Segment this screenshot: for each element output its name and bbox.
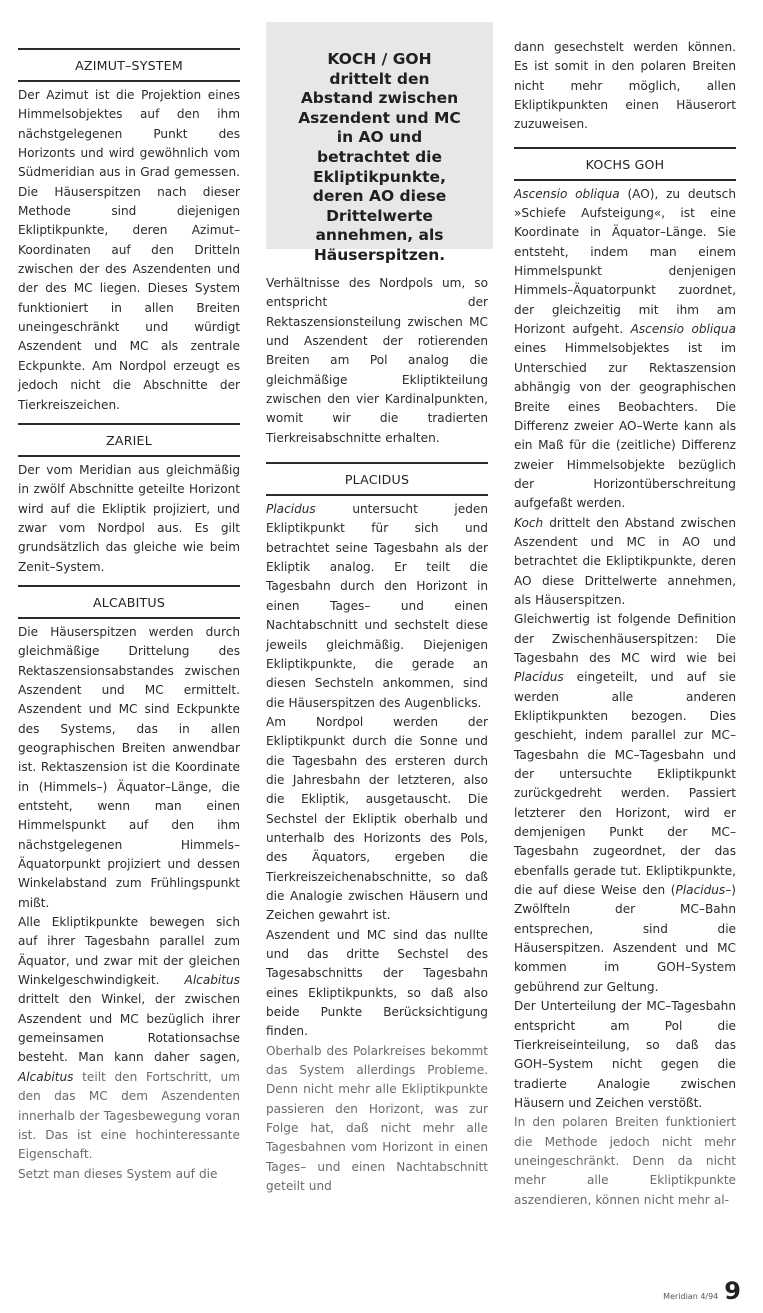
section-heading-kochs-goh: KOCHS GOH — [514, 149, 736, 179]
paragraph: Die Häuserspitzen werden durch gleichmäß… — [18, 623, 240, 913]
text-run: drittelt den Abstand zwischen Aszendent … — [514, 516, 736, 607]
section-heading-zariel: ZARIEL — [18, 425, 240, 455]
paragraph: Placidus untersucht jeden Ekliptikpunkt … — [266, 500, 488, 713]
paragraph: Der Azimut ist die Projektion eines Himm… — [18, 86, 240, 415]
paragraph: Ascensio obliqua (AO), zu deutsch »Schie… — [514, 185, 736, 514]
text-run: Gleichwertig ist folgende Definition der… — [514, 612, 736, 665]
italic-term: Placidus — [266, 502, 316, 516]
section-heading-placidus: PLACIDUS — [266, 464, 488, 494]
magazine-issue: Meridian 4/94 — [663, 1292, 718, 1301]
paragraph: dann gesechstelt werden können. Es ist s… — [514, 38, 736, 135]
column-left: AZIMUT–SYSTEM Der Azimut ist die Projekt… — [18, 48, 240, 1192]
pull-quote-line: KOCH / GOH — [266, 50, 493, 70]
pull-quote-box: KOCH / GOH drittelt den Abstand zwischen… — [266, 22, 493, 249]
pull-quote-line: Abstand zwischen — [266, 89, 493, 109]
pull-quote-line: Drittelwerte — [266, 207, 493, 227]
column-middle: Verhältnisse des Nordpols um, so entspri… — [266, 274, 488, 1204]
italic-term: Placidus — [514, 670, 564, 684]
italic-term: Placidus– — [676, 883, 732, 897]
paragraph: Alle Ekliptikpunkte bewegen sich auf ihr… — [18, 913, 240, 1164]
text-run: ) Zwölfteln der MC–Bahn entsprechen, sin… — [514, 883, 736, 994]
paragraph: Am Nordpol werden der Ekliptikpunkt durc… — [266, 713, 488, 926]
text-run: untersucht jeden Ekliptikpunkt für sich … — [266, 502, 488, 709]
paragraph: Oberhalb des Polarkreises bekommt das Sy… — [266, 1042, 488, 1197]
page-number: 9 — [724, 1277, 741, 1305]
pull-quote-line: Ekliptikpunkte, — [266, 168, 493, 188]
italic-term: Koch — [514, 516, 543, 530]
section-heading-alcabitus: ALCABITUS — [18, 587, 240, 617]
paragraph: Verhältnisse des Nordpols um, so entspri… — [266, 274, 488, 448]
pull-quote-line: betrachtet die — [266, 148, 493, 168]
italic-term: Alcabitus — [18, 1070, 73, 1084]
text-run: eingeteilt, und auf sie werden alle ande… — [514, 670, 736, 897]
pull-quote-line: Häuserspitzen. — [266, 246, 493, 266]
pull-quote-line: in AO und — [266, 128, 493, 148]
column-right: dann gesechstelt werden können. Es ist s… — [514, 38, 736, 1218]
pull-quote-line: Aszendent und MC — [266, 109, 493, 129]
pull-quote-line: annehmen, als — [266, 226, 493, 246]
italic-term: Alcabitus — [185, 973, 240, 987]
paragraph: Aszendent und MC sind das nullte und das… — [266, 926, 488, 1042]
text-run: eines Himmelsobjektes ist im Unterschied… — [514, 341, 736, 510]
italic-term: Ascensio obliqua — [514, 187, 620, 201]
paragraph: In den polaren Breiten funktioniert die … — [514, 1113, 736, 1210]
page-footer: Meridian 4/94 9 — [663, 1277, 741, 1305]
paragraph: Gleichwertig ist folgende Definition der… — [514, 610, 736, 997]
pull-quote-line: deren AO diese — [266, 187, 493, 207]
section-heading-azimut: AZIMUT–SYSTEM — [18, 50, 240, 80]
text-run: drittelt den Winkel, der zwischen Aszend… — [18, 992, 240, 1064]
italic-term: Ascensio obliqua — [631, 322, 736, 336]
paragraph: Setzt man dieses System auf die — [18, 1165, 240, 1184]
pull-quote-line: drittelt den — [266, 70, 493, 90]
paragraph: Der Unterteilung der MC–Tagesbahn entspr… — [514, 997, 736, 1113]
text-run: (AO), zu deutsch »Schiefe Aufsteigung«, … — [514, 187, 736, 336]
paragraph: Koch drittelt den Abstand zwischen Aszen… — [514, 514, 736, 611]
paragraph: Der vom Meridian aus gleichmäßig in zwöl… — [18, 461, 240, 577]
